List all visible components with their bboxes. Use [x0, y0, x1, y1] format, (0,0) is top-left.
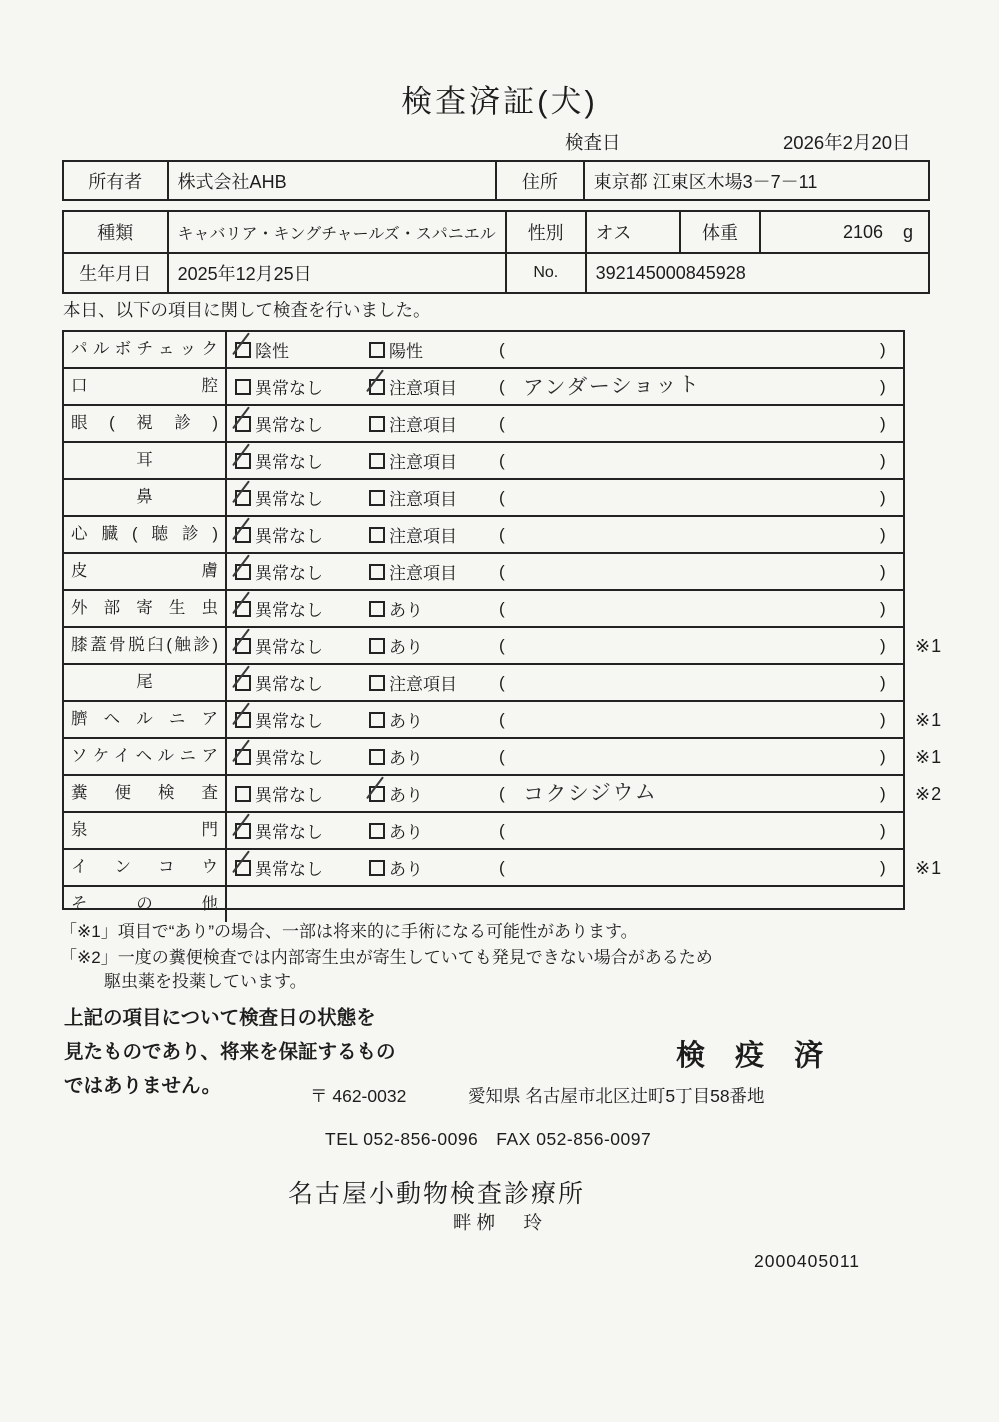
- option-label: 異常なし: [255, 374, 323, 399]
- exam-row: 皮膚異常なし注意項目(): [64, 552, 903, 589]
- exam-item-content: 異常なし注意項目(アンダーショット): [227, 369, 903, 404]
- clinic-name: 名古屋小動物検査診療所: [288, 1174, 585, 1210]
- owner-row: 所有者 株式会社AHB 住所 東京都 江東区木場3－7－11: [64, 162, 928, 199]
- row-reference-mark: ※1: [915, 628, 942, 664]
- exam-option-2: あり: [369, 739, 423, 774]
- exam-item-content: 異常なし注意項目(): [227, 443, 903, 478]
- paren-close-icon: ): [880, 850, 886, 886]
- checkbox-checked: [235, 527, 251, 543]
- option-label: 注意項目: [389, 670, 457, 695]
- paren-close-icon: ): [880, 480, 886, 516]
- exam-option-2: あり: [369, 850, 423, 885]
- checkbox-unchecked: [235, 379, 251, 395]
- exam-option-1: 異常なし: [235, 813, 323, 848]
- exam-row: インコウ異常なしあり()※1: [64, 848, 903, 885]
- exam-row: 尾異常なし注意項目(): [64, 663, 903, 700]
- footnote-2-cont: 駆虫薬を投薬しています。: [104, 967, 307, 992]
- option-label: あり: [389, 596, 423, 621]
- exam-item-content: 異常なしあり(コクシジウム)※2: [227, 776, 903, 811]
- sex-value: オス: [585, 212, 680, 252]
- exam-option-1: 異常なし: [235, 591, 323, 626]
- owner-address-label: 住所: [495, 162, 583, 199]
- checkbox-unchecked: [369, 601, 385, 617]
- row-reference-mark: ※2: [915, 776, 942, 812]
- owner-table: 所有者 株式会社AHB 住所 東京都 江東区木場3－7－11: [62, 160, 930, 201]
- paren-open-icon: (: [499, 628, 505, 664]
- checkbox-checked: [235, 749, 251, 765]
- exam-option-1: 異常なし: [235, 406, 323, 441]
- quarantine-stamp: 検 疫 済: [676, 1033, 834, 1074]
- paren-open-icon: (: [499, 443, 505, 479]
- exam-row: 糞便検査異常なしあり(コクシジウム)※2: [64, 774, 903, 811]
- birth-label: 生年月日: [64, 254, 167, 292]
- option-label: 異常なし: [255, 670, 323, 695]
- paren-open-icon: (: [499, 702, 505, 738]
- clinic-tel-fax: TEL 052-856-0096 FAX 052-856-0097: [325, 1126, 651, 1151]
- owner-address: 東京都 江東区木場3－7－11: [583, 162, 928, 199]
- exam-item-label: 膝蓋骨脱臼(触診): [64, 628, 227, 663]
- serial-number: 2000405011: [754, 1251, 860, 1272]
- option-label: 異常なし: [255, 559, 323, 584]
- veterinarian-name: 畔栁 玲: [453, 1209, 547, 1235]
- checkbox-unchecked: [369, 712, 385, 728]
- weight-unit: g: [903, 222, 913, 243]
- exam-option-1: 陰性: [235, 332, 289, 367]
- exam-option-2: あり: [369, 628, 423, 663]
- exam-option-2: 注意項目: [369, 665, 457, 700]
- exam-item-content: 異常なしあり(): [227, 813, 903, 848]
- species-row: 種類 キャバリア・キングチャールズ・スパニエル 性別 オス 体重 2106 g: [64, 212, 928, 252]
- option-label: あり: [389, 781, 423, 806]
- paren-close-icon: ): [880, 332, 886, 368]
- exam-item-label: 鼻: [64, 480, 227, 515]
- exam-row: 心臓(聴診)異常なし注意項目(): [64, 515, 903, 552]
- option-label: 異常なし: [255, 855, 323, 880]
- exam-row: 膝蓋骨脱臼(触診)異常なしあり()※1: [64, 626, 903, 663]
- no-value: 392145000845928: [585, 254, 928, 292]
- exam-item-label: パルボチェック: [64, 332, 227, 367]
- exam-option-2: あり: [369, 591, 423, 626]
- exam-option-2: 注意項目: [369, 443, 457, 478]
- option-label: 注意項目: [389, 559, 457, 584]
- checkbox-checked: [235, 860, 251, 876]
- owner-name: 株式会社AHB: [167, 162, 495, 199]
- checkbox-checked: [235, 342, 251, 358]
- exam-option-2: あり: [369, 702, 423, 737]
- option-label: あり: [389, 855, 423, 880]
- exam-item-content: 異常なし注意項目(): [227, 406, 903, 441]
- exam-item-content: 異常なし注意項目(): [227, 517, 903, 552]
- option-label: 注意項目: [389, 522, 457, 547]
- option-label: 異常なし: [255, 744, 323, 769]
- exam-option-1: 異常なし: [235, 702, 323, 737]
- exam-item-content: 異常なしあり()※1: [227, 739, 903, 774]
- birth-row: 生年月日 2025年12月25日 No. 392145000845928: [64, 252, 928, 292]
- exam-item-label: 糞便検査: [64, 776, 227, 811]
- checkbox-checked: [235, 638, 251, 654]
- items-table-body: パルボチェック陰性陽性()口腔異常なし注意項目(アンダーショット)眼(視診)異常…: [62, 330, 905, 910]
- exam-option-2: 注意項目: [369, 369, 457, 404]
- weight-cell: 2106 g: [759, 212, 928, 252]
- checkbox-checked: [235, 675, 251, 691]
- exam-date-label: 検査日: [565, 129, 621, 155]
- exam-row: 鼻異常なし注意項目(): [64, 478, 903, 515]
- paren-open-icon: (: [499, 665, 505, 701]
- checkbox-unchecked: [369, 749, 385, 765]
- exam-option-2: 注意項目: [369, 554, 457, 589]
- exam-item-content: 異常なしあり(): [227, 591, 903, 626]
- exam-item-label: ソケイヘルニア: [64, 739, 227, 774]
- option-label: あり: [389, 633, 423, 658]
- checkbox-unchecked: [369, 860, 385, 876]
- exam-item-label: 口腔: [64, 369, 227, 404]
- paren-open-icon: (: [499, 554, 505, 590]
- exam-item-label: 臍ヘルニア: [64, 702, 227, 737]
- option-label: 陽性: [389, 337, 423, 362]
- exam-option-1: 異常なし: [235, 665, 323, 700]
- option-label: あり: [389, 818, 423, 843]
- row-reference-mark: ※1: [915, 702, 942, 738]
- exam-date-value: 2026年2月20日: [783, 129, 911, 155]
- paren-open-icon: (: [499, 591, 505, 627]
- option-label: 異常なし: [255, 596, 323, 621]
- exam-item-content: 異常なしあり()※1: [227, 850, 903, 885]
- exam-item-label: 耳: [64, 443, 227, 478]
- certificate-sheet: 検査済証(犬) 検査日 2026年2月20日 所有者 株式会社AHB 住所 東京…: [0, 0, 999, 1422]
- disclaimer-line-1: 上記の項目について検査日の状態を: [64, 1001, 396, 1035]
- paren-close-icon: ): [880, 369, 886, 405]
- checkbox-checked: [235, 490, 251, 506]
- exam-option-2: 陽性: [369, 332, 423, 367]
- paren-open-icon: (: [499, 739, 505, 775]
- exam-row: 眼(視診)異常なし注意項目(): [64, 404, 903, 441]
- option-label: 陰性: [255, 337, 289, 362]
- weight-label: 体重: [679, 212, 759, 252]
- option-label: 注意項目: [389, 485, 457, 510]
- exam-row: 耳異常なし注意項目(): [64, 441, 903, 478]
- exam-option-1: 異常なし: [235, 369, 323, 404]
- exam-item-label: 外部寄生虫: [64, 591, 227, 626]
- checkbox-unchecked: [369, 490, 385, 506]
- exam-item-content: 異常なしあり()※1: [227, 702, 903, 737]
- checkbox-unchecked: [369, 342, 385, 358]
- paren-open-icon: (: [499, 850, 505, 886]
- checkbox-checked: [235, 712, 251, 728]
- paren-close-icon: ): [880, 554, 886, 590]
- exam-item-label: 眼(視診): [64, 406, 227, 441]
- weight-value: 2106: [843, 222, 883, 243]
- paren-close-icon: ): [880, 739, 886, 775]
- intro-sentence: 本日、以下の項目に関して検査を行いました。: [63, 297, 431, 322]
- exam-option-2: 注意項目: [369, 480, 457, 515]
- exam-option-1: 異常なし: [235, 739, 323, 774]
- exam-item-content: 陰性陽性(): [227, 332, 903, 367]
- exam-row: ソケイヘルニア異常なしあり()※1: [64, 737, 903, 774]
- paren-open-icon: (: [499, 332, 505, 368]
- paren-close-icon: ): [880, 665, 886, 701]
- footnote-1: 「※1」項目で“あり”の場合、一部は将来的に手術になる可能性があります。: [60, 917, 638, 942]
- exam-row: パルボチェック陰性陽性(): [64, 332, 903, 367]
- exam-item-label: インコウ: [64, 850, 227, 885]
- paren-close-icon: ): [880, 406, 886, 442]
- exam-option-2: 注意項目: [369, 406, 457, 441]
- option-label: 異常なし: [255, 522, 323, 547]
- page-title: 検査済証(犬): [0, 76, 999, 121]
- paren-close-icon: ): [880, 443, 886, 479]
- paren-close-icon: ): [880, 517, 886, 553]
- option-label: あり: [389, 707, 423, 732]
- exam-option-1: 異常なし: [235, 480, 323, 515]
- exam-item-content: 異常なし注意項目(): [227, 480, 903, 515]
- checkbox-checked: [235, 823, 251, 839]
- exam-item-content: 異常なしあり()※1: [227, 628, 903, 663]
- option-label: 注意項目: [389, 448, 457, 473]
- paren-open-icon: (: [499, 406, 505, 442]
- exam-row: 泉門異常なしあり(): [64, 811, 903, 848]
- row-reference-mark: ※1: [915, 850, 942, 886]
- exam-option-2: 注意項目: [369, 517, 457, 552]
- exam-row: 臍ヘルニア異常なしあり()※1: [64, 700, 903, 737]
- checkbox-unchecked: [369, 638, 385, 654]
- species-value: キャバリア・キングチャールズ・スパニエル: [167, 212, 505, 252]
- paren-open-icon: (: [499, 369, 505, 405]
- checkbox-unchecked: [369, 416, 385, 432]
- option-label: 異常なし: [255, 781, 323, 806]
- sex-label: 性別: [505, 212, 585, 252]
- option-label: 注意項目: [389, 411, 457, 436]
- exam-option-2: あり: [369, 776, 423, 811]
- paren-close-icon: ): [880, 702, 886, 738]
- checkbox-checked: [235, 564, 251, 580]
- animal-table: 種類 キャバリア・キングチャールズ・スパニエル 性別 オス 体重 2106 g …: [62, 210, 930, 294]
- checkbox-checked: [235, 601, 251, 617]
- paren-close-icon: ): [880, 813, 886, 849]
- exam-option-1: 異常なし: [235, 443, 323, 478]
- checkbox-checked: [235, 453, 251, 469]
- exam-option-1: 異常なし: [235, 850, 323, 885]
- exam-item-label: 皮膚: [64, 554, 227, 589]
- exam-option-2: あり: [369, 813, 423, 848]
- exam-row: 口腔異常なし注意項目(アンダーショット): [64, 367, 903, 404]
- clinic-address: 愛知県 名古屋市北区辻町5丁目58番地: [468, 1083, 765, 1108]
- option-label: 注意項目: [389, 374, 457, 399]
- checkbox-unchecked: [235, 786, 251, 802]
- checkbox-unchecked: [369, 564, 385, 580]
- exam-option-1: 異常なし: [235, 517, 323, 552]
- paren-close-icon: ): [880, 628, 886, 664]
- exam-option-1: 異常なし: [235, 776, 323, 811]
- option-label: 異常なし: [255, 633, 323, 658]
- checkbox-unchecked: [369, 823, 385, 839]
- row-reference-mark: ※1: [915, 739, 942, 775]
- handwritten-finding: アンダーショット: [523, 368, 701, 406]
- footnote-2: 「※2」一度の糞便検査では内部寄生虫が寄生していても発見できない場合があるため: [60, 943, 713, 968]
- clinic-postal-code: 〒 462-0032: [310, 1083, 406, 1108]
- checkbox-checked: [235, 416, 251, 432]
- paren-open-icon: (: [499, 517, 505, 553]
- exam-item-content: 異常なし注意項目(): [227, 554, 903, 589]
- exam-item-label: 心臓(聴診): [64, 517, 227, 552]
- disclaimer-line-2: 見たものであり、将来を保証するもの: [64, 1035, 396, 1069]
- paren-close-icon: ): [880, 776, 886, 812]
- species-label: 種類: [64, 212, 167, 252]
- option-label: 異常なし: [255, 707, 323, 732]
- exam-item-label: 泉門: [64, 813, 227, 848]
- option-label: 異常なし: [255, 818, 323, 843]
- paren-open-icon: (: [499, 813, 505, 849]
- paren-open-icon: (: [499, 776, 505, 812]
- paren-close-icon: ): [880, 591, 886, 627]
- exam-option-1: 異常なし: [235, 628, 323, 663]
- birth-value: 2025年12月25日: [167, 254, 505, 292]
- exam-item-label: 尾: [64, 665, 227, 700]
- option-label: 異常なし: [255, 411, 323, 436]
- exam-row: 外部寄生虫異常なしあり(): [64, 589, 903, 626]
- checkbox-unchecked: [369, 675, 385, 691]
- handwritten-finding: コクシジウム: [523, 776, 658, 813]
- checkbox-checked: [369, 786, 385, 802]
- no-label: No.: [505, 254, 585, 292]
- checkbox-unchecked: [369, 527, 385, 543]
- checkbox-checked: [369, 379, 385, 395]
- paren-open-icon: (: [499, 480, 505, 516]
- option-label: 異常なし: [255, 485, 323, 510]
- option-label: 異常なし: [255, 448, 323, 473]
- exam-option-1: 異常なし: [235, 554, 323, 589]
- exam-item-content: 異常なし注意項目(): [227, 665, 903, 700]
- checkbox-unchecked: [369, 453, 385, 469]
- owner-label: 所有者: [64, 162, 167, 199]
- option-label: あり: [389, 744, 423, 769]
